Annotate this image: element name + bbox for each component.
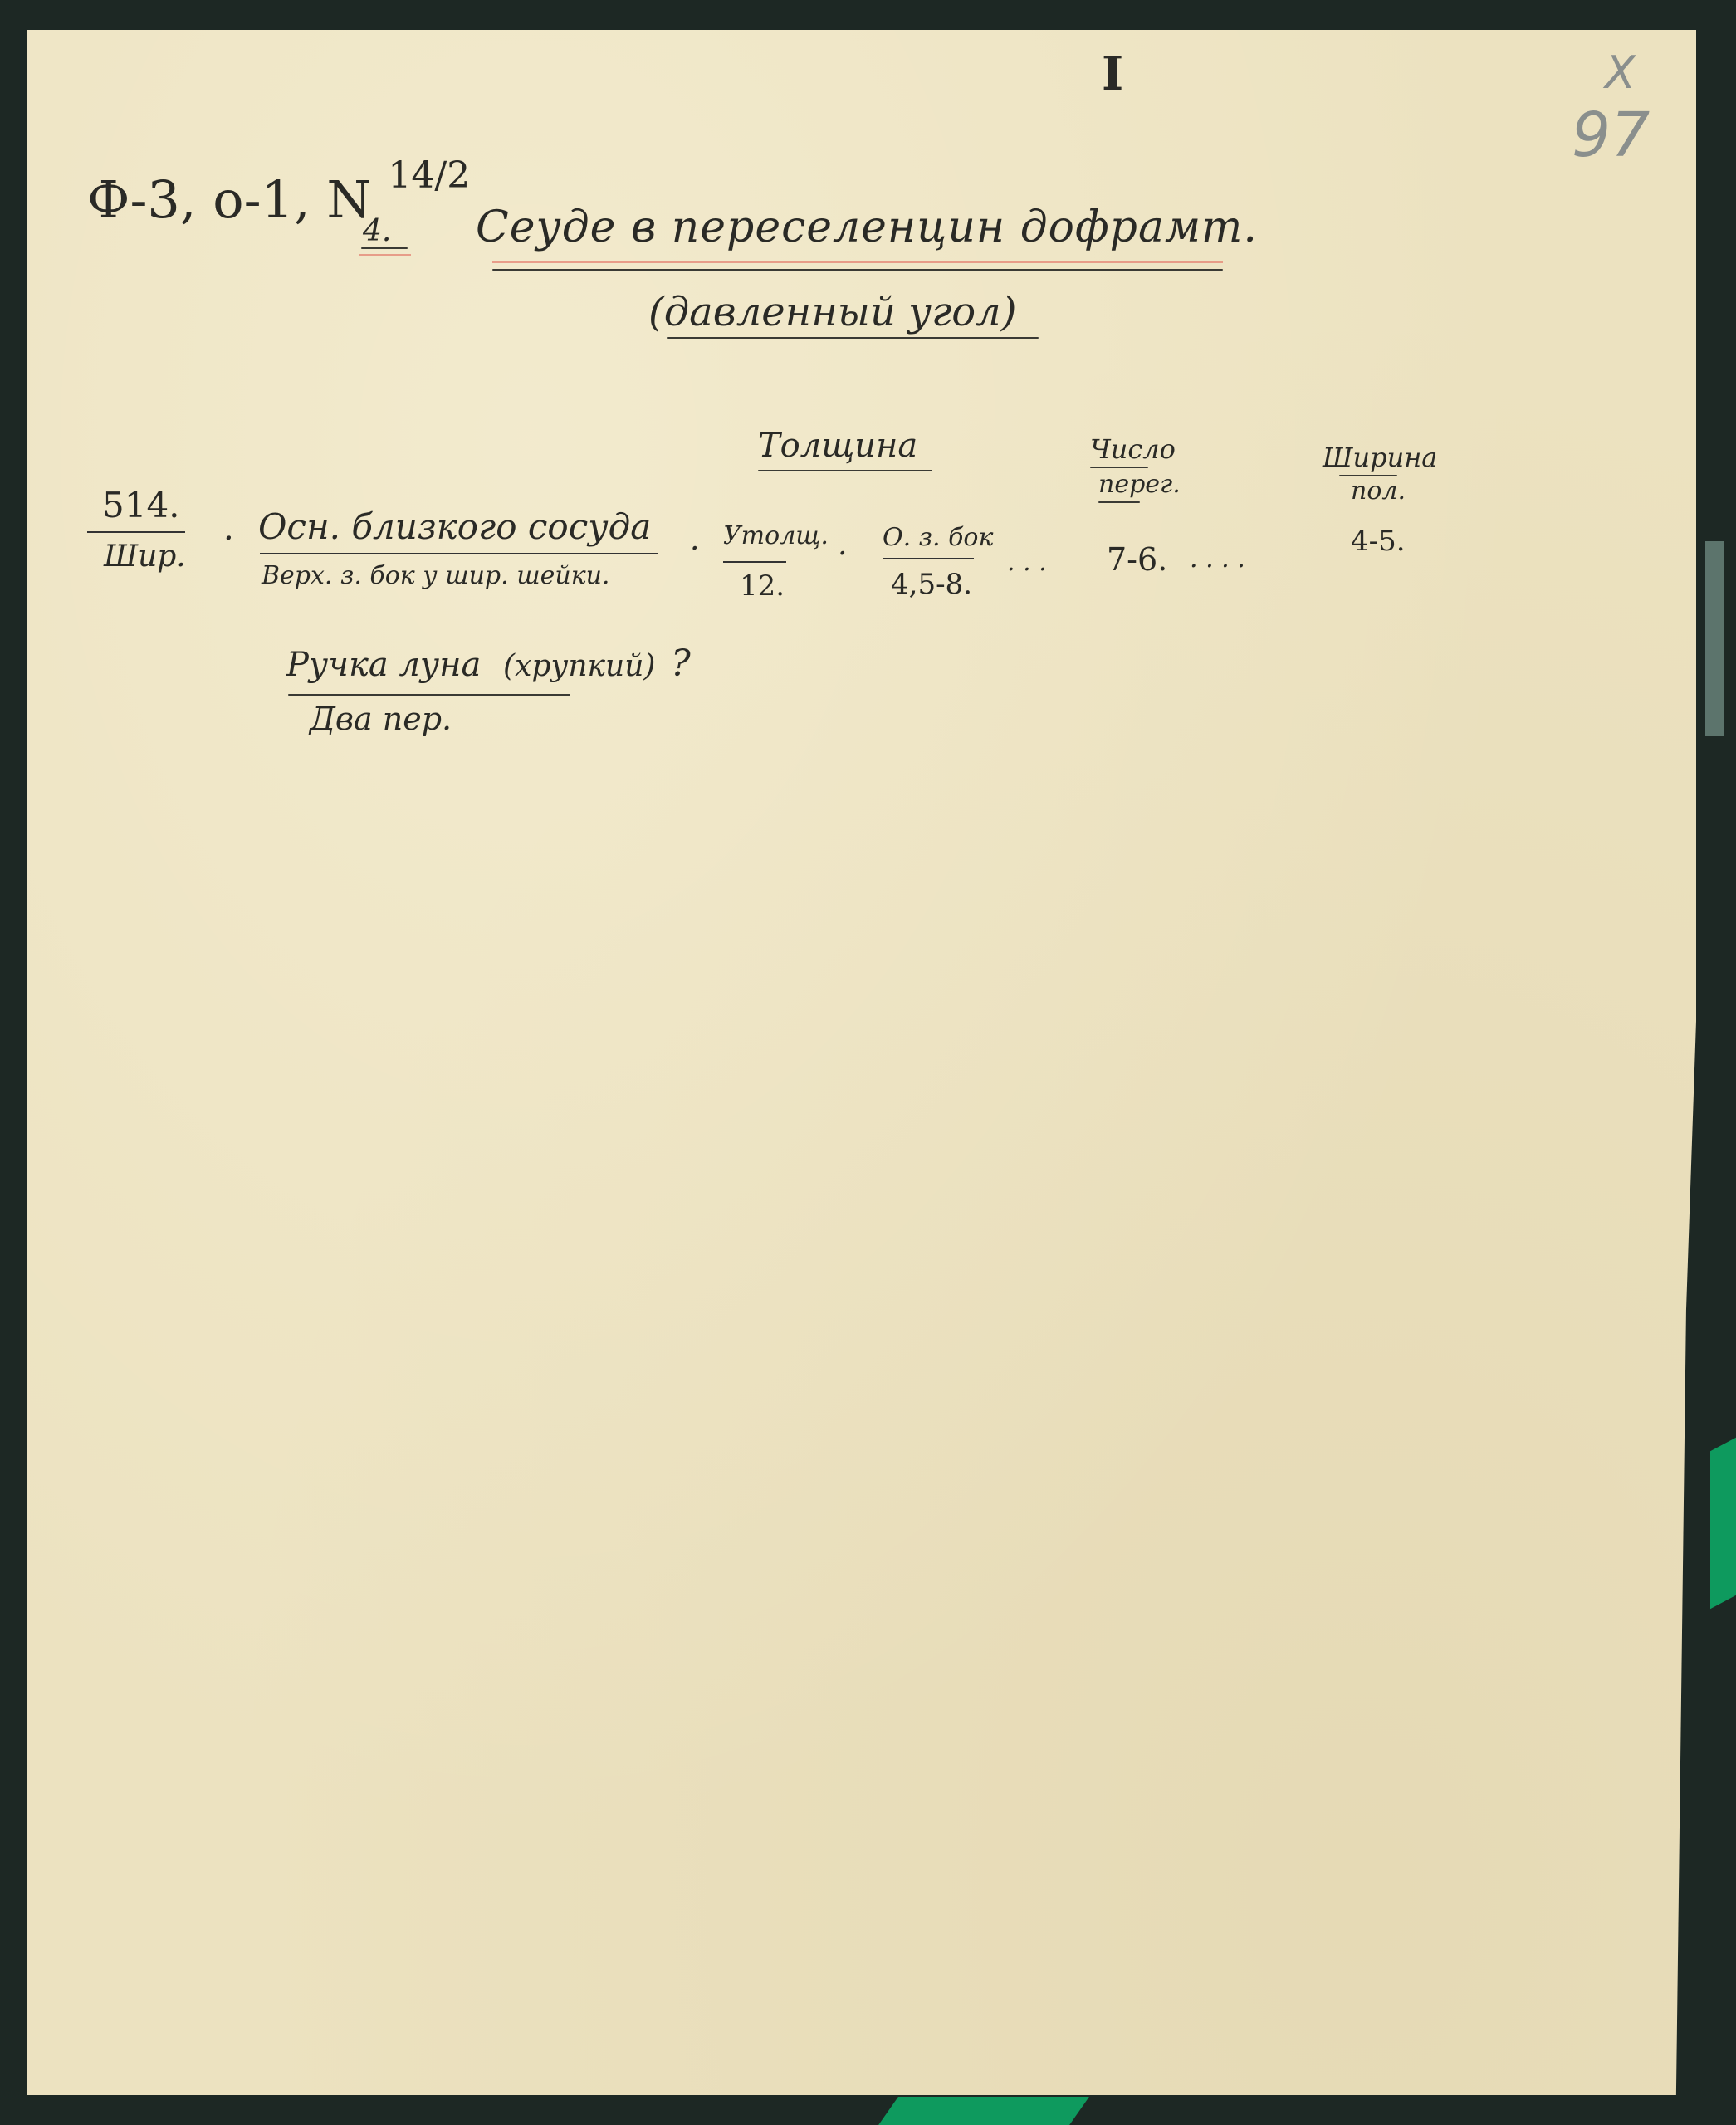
subtitle-underline (667, 337, 1039, 339)
scanner-strip-grey (1705, 541, 1724, 736)
leader-dots-2: . . . . (1190, 545, 1245, 574)
entry-count-bottom: 4,5-8. (891, 568, 972, 601)
archive-ref-number: 14/2 (388, 154, 470, 197)
page-mark: I (1102, 46, 1123, 101)
entry-sep-3: . (838, 528, 847, 562)
entry-number-sub: Шир. (104, 540, 186, 574)
archive-ref-red-underline (359, 254, 411, 256)
archive-ref-prefix: Ф-3, о-1, N (87, 169, 372, 230)
scanner-tab-green-bottom (878, 2097, 1089, 2125)
archive-reference: Ф-3, о-1, N 14/2 (87, 169, 470, 230)
pencil-folio-number: 97 (1572, 100, 1650, 171)
entry-count-top: О. з. бок (883, 523, 993, 552)
entry-number-line (87, 531, 185, 533)
note-line-1: Ручка луна (хрупкий) ? (286, 642, 691, 685)
column-header-count-bottom: перег. (1098, 470, 1181, 499)
entry-sep-1: . (223, 510, 234, 548)
archive-ref-sub: 4. (363, 214, 391, 248)
scanner-tab-green-right (1710, 1438, 1736, 1609)
document-page: I X 97 Ф-3, о-1, N 14/2 4. Сеуде в перес… (27, 30, 1696, 2095)
entry-ribs: 7-6. (1107, 541, 1167, 578)
column-header-width-top: Ширина (1323, 442, 1437, 473)
document-title: Сеуде в переселенцин дофрамт. (476, 203, 1258, 252)
note-paren: (хрупкий) (503, 649, 655, 683)
note-text: Ручка луна (286, 646, 481, 684)
title-red-underline (492, 261, 1223, 263)
leader-dots-1: . . . (1007, 548, 1047, 577)
pencil-folio-top: X (1605, 46, 1636, 99)
column-header-width-bottom: пол. (1351, 476, 1406, 506)
note-underline (288, 694, 570, 696)
entry-count-line (883, 558, 974, 559)
note-question-mark: ? (671, 642, 691, 685)
column-header-thickness: Толщина (758, 427, 917, 465)
entry-number: 514. (102, 485, 180, 525)
document-subtitle: (давленный угол) (648, 289, 1016, 335)
entry-name-top: Осн. близкого сосуда (258, 506, 651, 547)
entry-thickness-bottom: 12. (740, 569, 785, 603)
archive-ref-underline (361, 247, 408, 249)
entry-width: 4-5. (1351, 525, 1406, 558)
column-header-thickness-underline (758, 470, 932, 471)
column-header-count-underline (1098, 501, 1140, 503)
title-underline (492, 269, 1223, 271)
column-header-count-top: Число (1090, 433, 1176, 465)
entry-sep-2: . (690, 523, 699, 557)
entry-thickness-top: Утолщ. (723, 521, 829, 550)
entry-name-bottom: Верх. з. бок у шир. шейки. (262, 561, 609, 590)
entry-name-line (260, 553, 658, 554)
entry-thickness-line (723, 561, 786, 563)
note-line-2: Два пер. (310, 701, 452, 737)
column-header-count-line (1090, 467, 1148, 468)
